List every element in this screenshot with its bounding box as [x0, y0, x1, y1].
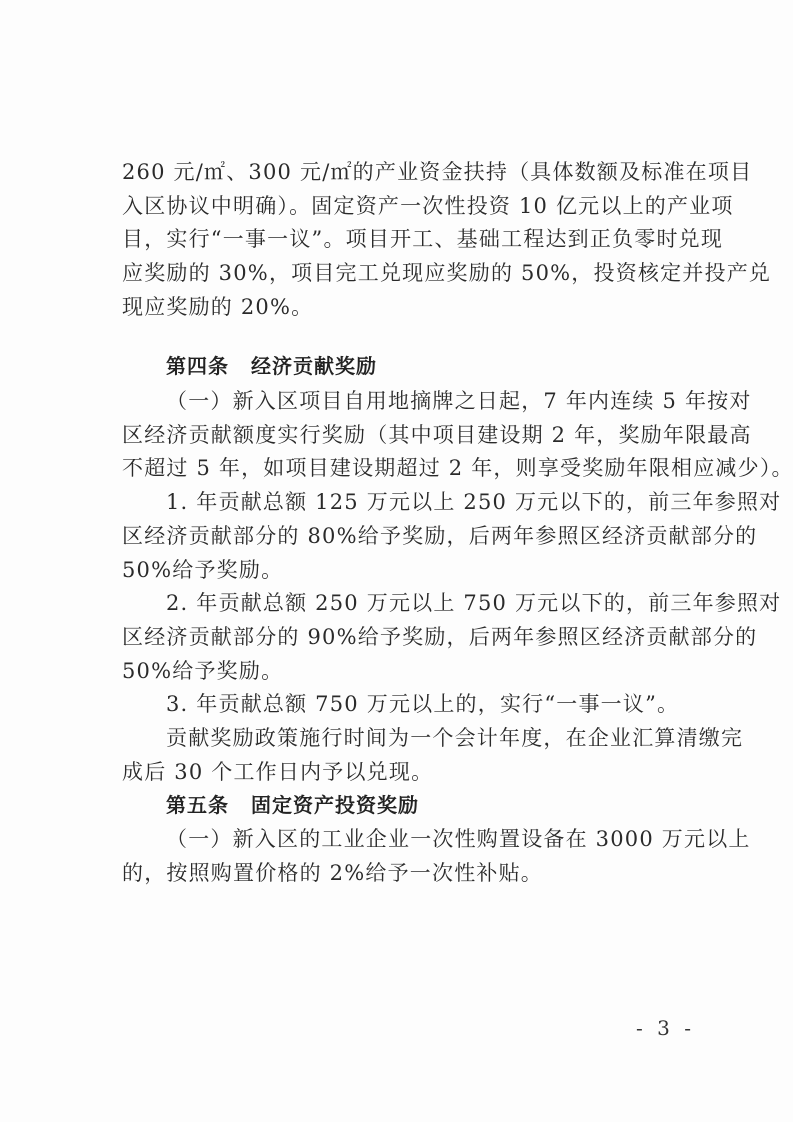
article-number: 第五条: [166, 793, 229, 817]
text-line: 50%给予奖励。: [122, 558, 678, 582]
text-line: 区经济贡献部分的 90%给予奖励，后两年参照区经济贡献部分的: [122, 625, 678, 649]
text-line: 260 元/㎡、300 元/㎡的产业资金扶持（具体数额及标准在项目: [122, 160, 678, 184]
text-line: 50%给予奖励。: [122, 659, 678, 683]
text-line: 目，实行“一事一议”。项目开工、基础工程达到正负零时兑现: [122, 227, 678, 251]
article-number: 第四条: [166, 354, 229, 378]
text-line: （一）新入区的工业企业一次性购置设备在 3000 万元以上: [166, 827, 678, 851]
article-heading: 第五条固定资产投资奖励: [166, 793, 419, 817]
article-title: 经济贡献奖励: [251, 354, 377, 378]
text-line: （一）新入区项目自用地摘牌之日起，7 年内连续 5 年按对: [166, 389, 678, 413]
text-line: 应奖励的 30%，项目完工兑现应奖励的 50%，投资核定并投产兑: [122, 261, 678, 285]
document-page: 260 元/㎡、300 元/㎡的产业资金扶持（具体数额及标准在项目 入区协议中明…: [0, 0, 793, 1122]
text-line: 入区协议中明确）。固定资产一次性投资 10 亿元以上的产业项: [122, 194, 678, 218]
text-line: 3. 年贡献总额 750 万元以上的，实行“一事一议”。: [166, 692, 678, 716]
text-line: 贡献奖励政策施行时间为一个会计年度，在企业汇算清缴完: [166, 726, 678, 750]
article-title: 固定资产投资奖励: [251, 793, 419, 817]
text-line: 区经济贡献额度实行奖励（其中项目建设期 2 年，奖励年限最高: [122, 423, 678, 447]
text-line: 成后 30 个工作日内予以兑现。: [122, 760, 678, 784]
text-line: 不超过 5 年，如项目建设期超过 2 年，则享受奖励年限相应减少）。: [122, 456, 678, 480]
text-line: 2. 年贡献总额 250 万元以上 750 万元以下的，前三年参照对: [166, 591, 678, 615]
page-number: - 3 -: [636, 1016, 695, 1040]
text-line: 1. 年贡献总额 125 万元以上 250 万元以下的，前三年参照对: [166, 490, 678, 514]
text-line: 现应奖励的 20%。: [122, 295, 678, 319]
text-line: 区经济贡献部分的 80%给予奖励，后两年参照区经济贡献部分的: [122, 524, 678, 548]
article-heading: 第四条经济贡献奖励: [166, 354, 377, 378]
text-line: 的，按照购置价格的 2%给予一次性补贴。: [122, 861, 678, 885]
